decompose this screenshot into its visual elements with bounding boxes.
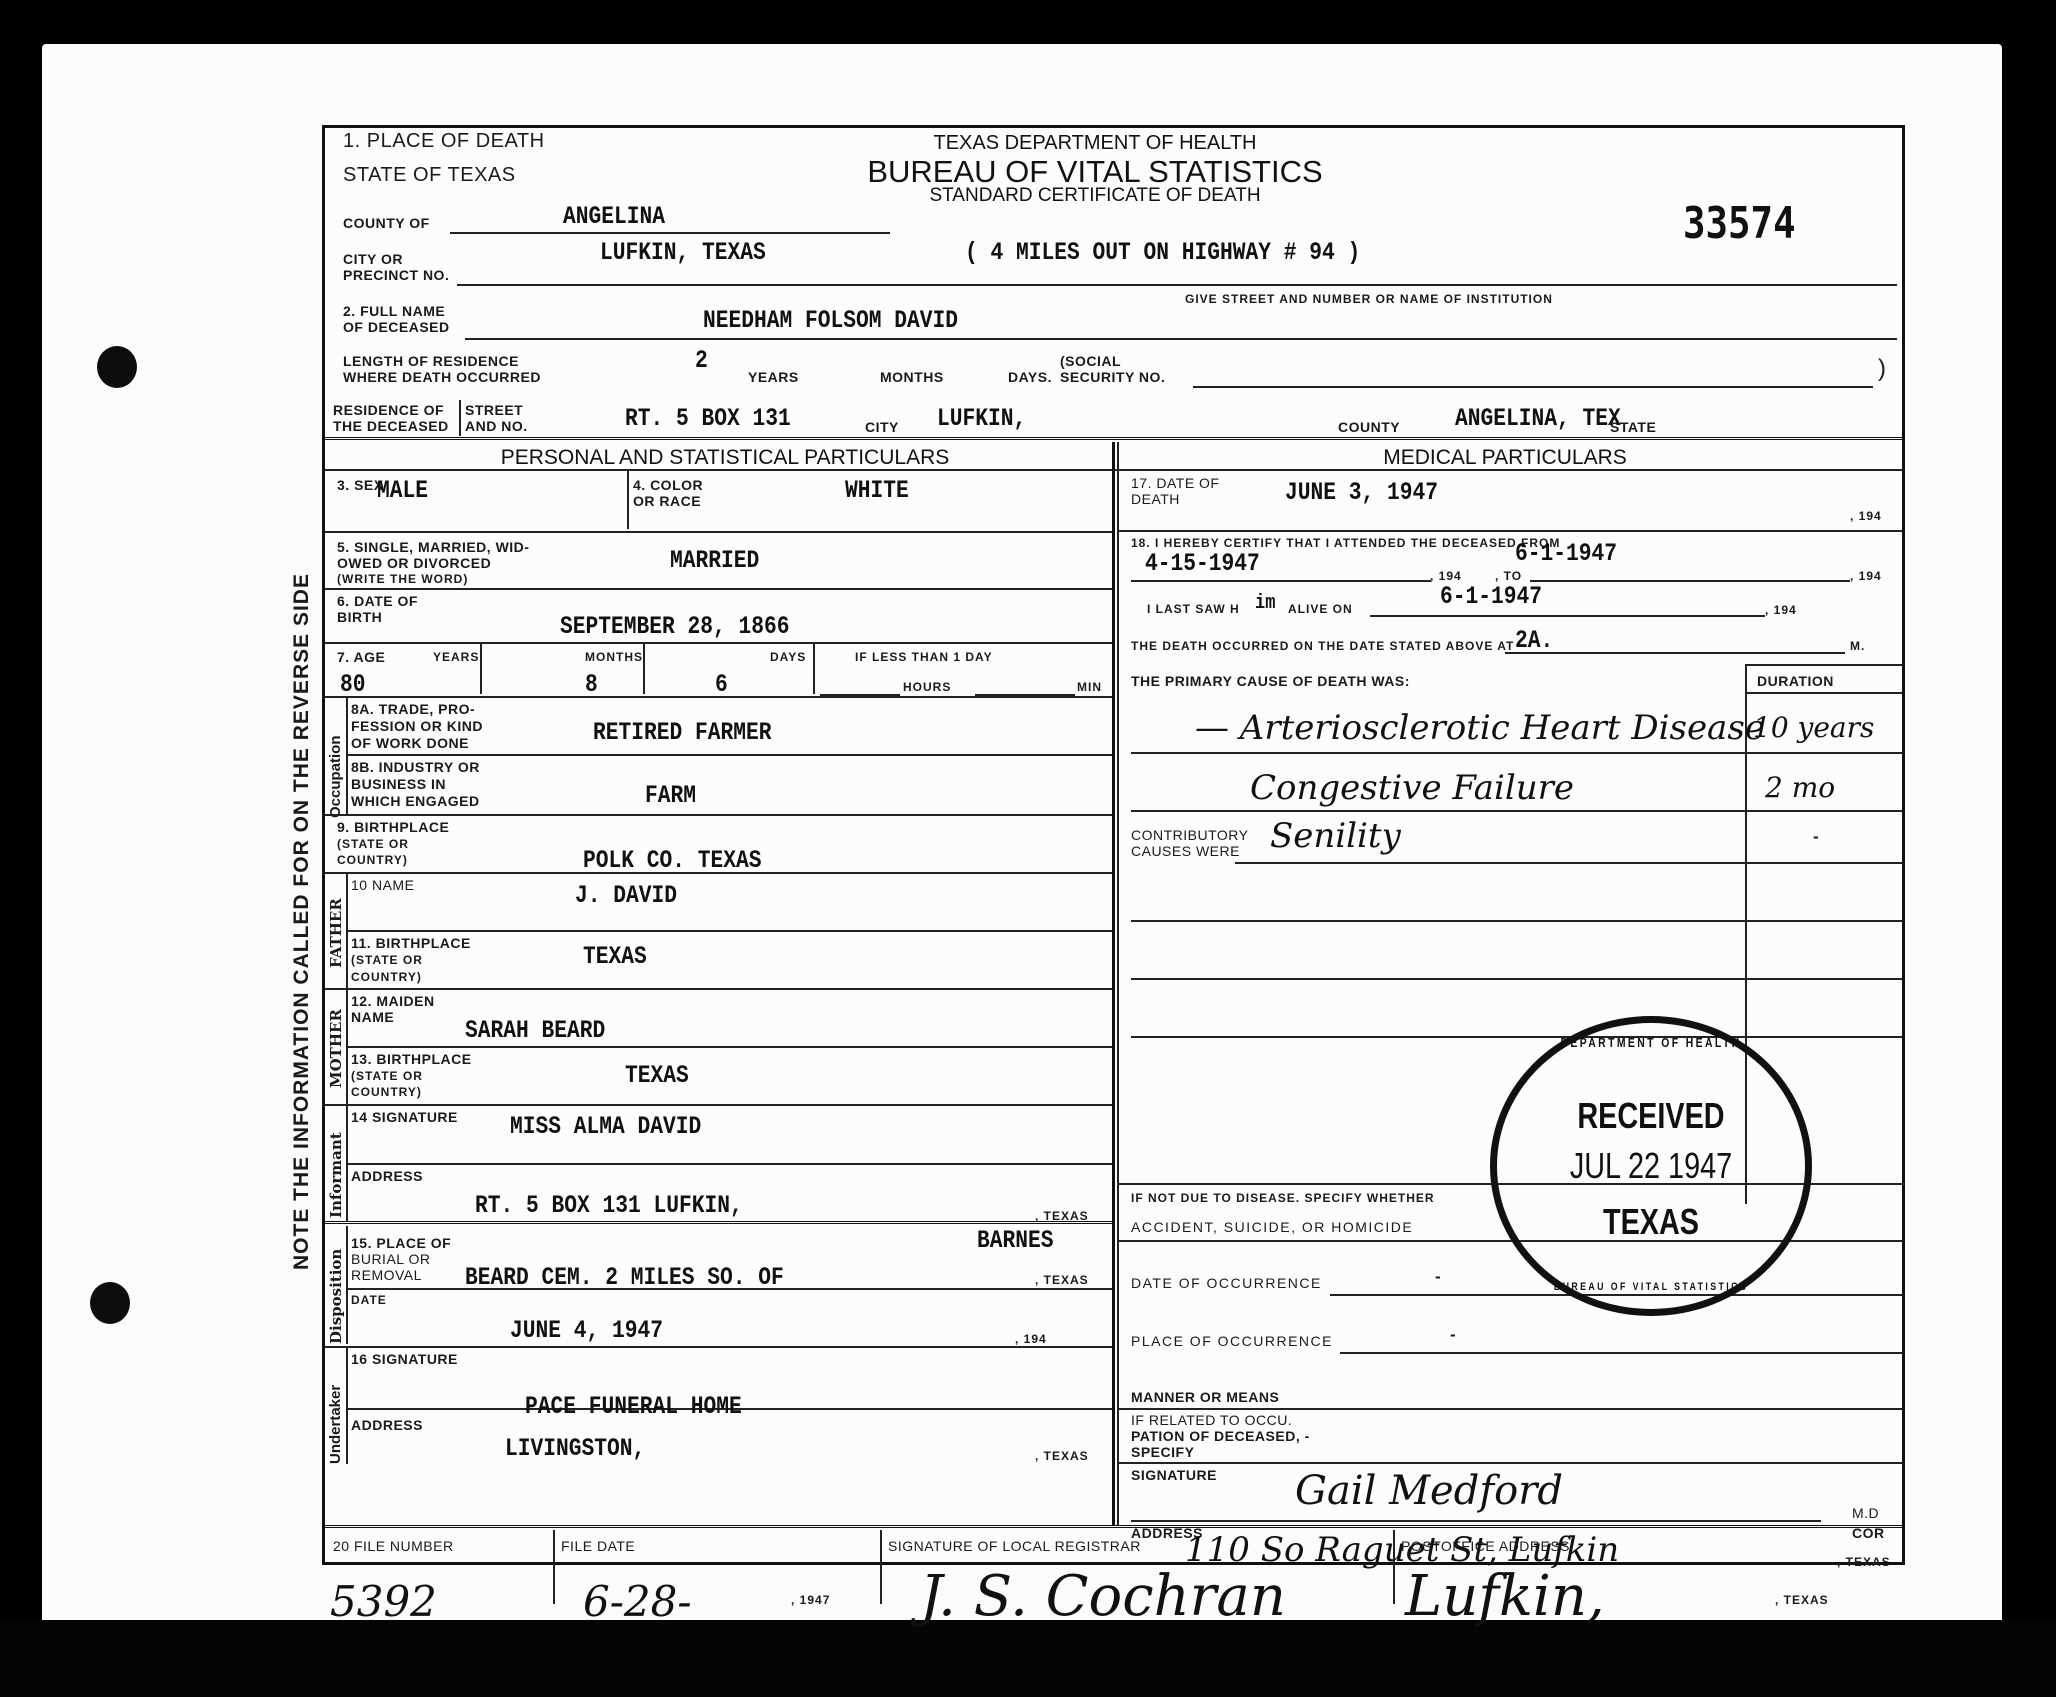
row-line — [346, 1288, 1112, 1290]
contributory-label-1: CONTRIBUTORY — [1131, 828, 1249, 843]
dod-suffix: , 194 — [1850, 510, 1882, 523]
sex-value: MALE — [377, 478, 428, 504]
marital-label-1: 5. SINGLE, MARRIED, WID- — [337, 540, 529, 555]
mother-bp-label-1: 13. BIRTHPLACE — [351, 1052, 472, 1067]
undertaker-addr-value: LIVINGSTON, — [505, 1436, 645, 1462]
file-date-value: 6-28- — [583, 1584, 692, 1620]
row-line — [325, 696, 1112, 698]
cause-line — [1131, 1036, 1902, 1038]
deceased-name: NEEDHAM FOLSOM DAVID — [703, 308, 958, 334]
residence-divider — [459, 400, 461, 436]
primary-cause-1: — Arteriosclerotic Heart Disease — [1195, 710, 1765, 746]
punch-hole-top — [97, 346, 137, 388]
primary-cause-2-duration: 2 mo — [1765, 770, 1835, 806]
dob-label-2: BIRTH — [337, 610, 382, 625]
attended-to: 6-1-1947 — [1515, 541, 1617, 567]
residence-street: RT. 5 BOX 131 — [625, 406, 791, 432]
race-value: WHITE — [845, 478, 909, 504]
city-line — [457, 284, 1897, 286]
row-line — [346, 1163, 1112, 1165]
age-label: 7. AGE — [337, 650, 385, 665]
personal-section-title: PERSONAL AND STATISTICAL PARTICULARS — [345, 446, 1105, 470]
city-label-1: CITY OR — [343, 252, 403, 267]
residence-county-label: COUNTY — [1338, 420, 1400, 435]
ssn-label-2: SECURITY NO. — [1060, 370, 1165, 385]
last-saw-label-2: ALIVE ON — [1288, 603, 1353, 616]
industry-label-2: BUSINESS IN — [351, 777, 446, 792]
disposition-side-divider — [346, 1226, 348, 1344]
place-of-death-label: 1. PLACE OF DEATH — [343, 132, 545, 150]
father-name-value: J. DAVID — [575, 883, 677, 909]
father-name-label: 10 NAME — [351, 878, 414, 893]
time-label: THE DEATH OCCURRED ON THE DATE STATED AB… — [1131, 640, 1514, 653]
undertaker-sig-label: 16 SIGNATURE — [351, 1352, 458, 1367]
cause-line — [1235, 862, 1902, 864]
mother-name-value: SARAH BEARD — [465, 1018, 605, 1044]
burial-label-2: BURIAL OR — [351, 1252, 430, 1267]
father-side-label: FATHER — [327, 898, 345, 968]
city-label-2: PRECINCT NO. — [343, 268, 449, 283]
registrar-label: SIGNATURE OF LOCAL REGISTRAR — [888, 1539, 1141, 1554]
to-year-suffix: , 194 — [1850, 570, 1882, 583]
center-divider — [1112, 442, 1115, 1525]
age-less-label: IF LESS THAN 1 DAY — [855, 651, 993, 664]
row-line — [325, 531, 1112, 533]
name-line — [465, 338, 1897, 340]
row-line — [346, 1046, 1112, 1048]
mother-name-label-1: 12. MAIDEN — [351, 994, 435, 1009]
age-years: 80 — [340, 672, 366, 698]
age-months-label: MONTHS — [585, 651, 643, 664]
race-label-2: OR RACE — [633, 494, 701, 509]
not-disease-label: IF NOT DUE TO DISEASE. SPECIFY WHETHER — [1131, 1192, 1435, 1205]
postoffice-state: , TEXAS — [1775, 1594, 1829, 1607]
duration-top-line — [1745, 664, 1902, 666]
undertaker-side-divider — [346, 1346, 348, 1464]
occurrence-place-line — [1340, 1352, 1902, 1354]
to-line — [1530, 580, 1850, 582]
race-label-1: 4. COLOR — [633, 478, 703, 493]
file-number-value: 5392 — [330, 1584, 437, 1620]
cause-line — [1131, 978, 1902, 980]
place-street-value: ( 4 MILES OUT ON HIGHWAY # 94 ) — [965, 240, 1360, 266]
physician-signature: Gail Medford — [1295, 1473, 1563, 1509]
burial-town: BARNES — [977, 1228, 1054, 1254]
burial-label-1: 15. PLACE OF — [351, 1236, 451, 1251]
mother-bp-label-3: COUNTRY) — [351, 1086, 422, 1099]
stamp-line1: RECEIVED — [1528, 1095, 1774, 1137]
contributory-value: Senility — [1270, 818, 1401, 854]
occurrence-date-value: - — [1435, 1268, 1441, 1286]
burial-date-value: JUNE 4, 1947 — [510, 1318, 663, 1344]
birthplace-value: POLK CO. TEXAS — [583, 848, 762, 874]
father-bp-value: TEXAS — [583, 944, 647, 970]
stamp-ring-top: DEPARTMENT OF HEALTH — [1528, 1035, 1774, 1050]
postoffice-value: Lufkin, — [1405, 1568, 1605, 1626]
marital-label-3: (WRITE THE WORD) — [337, 573, 468, 586]
father-bp-label-1: 11. BIRTHPLACE — [351, 936, 471, 951]
from-line — [1131, 580, 1431, 582]
row-line — [1117, 530, 1902, 532]
contributory-duration: - — [1813, 828, 1819, 846]
state-label: STATE OF TEXAS — [343, 166, 516, 184]
informant-addr-label: ADDRESS — [351, 1169, 423, 1184]
row-line — [325, 872, 1112, 874]
informant-sig-label: 14 SIGNATURE — [351, 1110, 458, 1125]
undertaker-side-label: Undertaker — [327, 1385, 344, 1464]
last-saw-him: im — [1255, 591, 1275, 617]
ssn-close: ) — [1878, 360, 1887, 378]
mother-bp-value: TEXAS — [625, 1063, 689, 1089]
trade-value: RETIRED FARMER — [593, 720, 772, 746]
undertaker-state: , TEXAS — [1035, 1450, 1089, 1463]
trade-label-2: FESSION OR KIND — [351, 719, 483, 734]
certificate-subtitle: STANDARD CERTIFICATE OF DEATH — [795, 185, 1395, 207]
trade-label-1: 8A. TRADE, PRO- — [351, 702, 475, 717]
occurrence-date-label: DATE OF OCCURRENCE — [1131, 1276, 1322, 1291]
signature-line — [1131, 1520, 1821, 1522]
last-saw-label-1: I LAST SAW H — [1147, 603, 1240, 616]
scan-edge — [0, 1620, 2056, 1697]
last-saw-suffix: , 194 — [1765, 604, 1797, 617]
row-line — [325, 1346, 1112, 1348]
time-line — [1505, 652, 1845, 654]
occupation-related-3: SPECIFY — [1131, 1445, 1194, 1460]
row-line — [325, 1104, 1112, 1106]
residence-county: ANGELINA, TEX — [1455, 406, 1621, 432]
file-number-label: 20 FILE NUMBER — [333, 1539, 454, 1554]
row-line — [346, 930, 1112, 932]
residence-state-label: STATE — [1610, 420, 1656, 435]
primary-cause-2: Congestive Failure — [1250, 770, 1574, 806]
burial-state: , TEXAS — [1035, 1274, 1089, 1287]
age-years-label: YEARS — [433, 651, 479, 664]
physician-signature-label: SIGNATURE — [1131, 1468, 1217, 1483]
footer-divider — [1393, 1530, 1395, 1604]
cause-line — [1131, 920, 1902, 922]
disposition-side-label: Disposition — [327, 1249, 345, 1344]
stamp-ring-bottom: BUREAU OF VITAL STATISTICS — [1528, 1281, 1774, 1293]
marital-value: MARRIED — [670, 548, 759, 574]
dob-label-1: 6. DATE OF — [337, 594, 418, 609]
received-stamp: DEPARTMENT OF HEALTH RECEIVED JUL 22 194… — [1490, 1016, 1812, 1316]
center-divider-2 — [1117, 442, 1119, 1525]
row-line — [325, 588, 1112, 590]
accident-label: ACCIDENT, SUICIDE, OR HOMICIDE — [1131, 1220, 1413, 1235]
time-value: 2A. — [1515, 628, 1553, 654]
years-label: YEARS — [748, 370, 799, 385]
postoffice-label: POSTOFFICE ADDRESS — [1401, 1539, 1570, 1554]
file-date-label: FILE DATE — [561, 1539, 635, 1554]
mother-name-label-2: NAME — [351, 1010, 394, 1025]
burial-date-suffix: , 194 — [1015, 1333, 1047, 1346]
medical-section-title: MEDICAL PARTICULARS — [1115, 446, 1895, 470]
birthplace-label-2: (STATE OR — [337, 838, 409, 851]
footer-divider — [880, 1530, 882, 1604]
dod-value: JUNE 3, 1947 — [1285, 480, 1438, 506]
attended-from: 4-15-1947 — [1145, 551, 1260, 577]
street-label-1: STREET — [465, 403, 523, 418]
punch-hole-bottom — [90, 1282, 130, 1324]
age-divider — [643, 644, 645, 694]
footer-divider — [553, 1530, 555, 1604]
months-label: MONTHS — [880, 370, 944, 385]
informant-addr-value: RT. 5 BOX 131 LUFKIN, — [475, 1193, 743, 1219]
cause-line — [1131, 810, 1902, 812]
footer-divider — [325, 1525, 1902, 1530]
full-name-label-1: 2. FULL NAME — [343, 304, 445, 319]
county-label: COUNTY OF — [343, 216, 430, 231]
reverse-side-note: NOTE THE INFORMATION CALLED FOR ON THE R… — [290, 573, 314, 1270]
city-value: LUFKIN, TEXAS — [600, 240, 766, 266]
father-bp-label-2: (STATE OR — [351, 954, 423, 967]
dod-label-1: 17. DATE OF — [1131, 476, 1219, 491]
residence-city: LUFKIN, — [937, 406, 1026, 432]
undertaker-addr-label: ADDRESS — [351, 1418, 423, 1433]
death-certificate: 1. PLACE OF DEATH STATE OF TEXAS TEXAS D… — [322, 125, 1905, 1565]
cause-line — [1131, 752, 1902, 754]
time-suffix: M. — [1850, 640, 1865, 653]
dob-value: SEPTEMBER 28, 1866 — [560, 614, 790, 640]
ssn-label-1: (SOCIAL — [1060, 354, 1121, 369]
age-days-label: DAYS — [770, 651, 806, 664]
informant-side-label: Informant — [327, 1132, 345, 1218]
stamp-line2: JUL 22 1947 — [1528, 1145, 1774, 1187]
last-saw-line — [1370, 615, 1765, 617]
registrar-signature: J. S. Cochran — [920, 1568, 1286, 1626]
birthplace-label-3: COUNTRY) — [337, 854, 408, 867]
duration-header-line — [1745, 692, 1902, 694]
age-divider — [813, 644, 815, 694]
residence-label-2: THE DECEASED — [333, 419, 449, 434]
marital-label-2: OWED OR DIVORCED — [337, 556, 491, 571]
full-name-label-2: OF DECEASED — [343, 320, 450, 335]
age-months: 8 — [585, 672, 598, 698]
industry-label-3: WHICH ENGAGED — [351, 794, 480, 809]
occupation-side-divider — [346, 696, 348, 816]
primary-cause-label: THE PRIMARY CAUSE OF DEATH WAS: — [1131, 674, 1410, 689]
hours-label: HOURS — [903, 681, 951, 694]
occupation-related-1: IF RELATED TO OCCU. — [1131, 1413, 1292, 1428]
industry-value: FARM — [645, 783, 696, 809]
county-value: ANGELINA — [563, 204, 665, 230]
row-line — [1117, 1462, 1902, 1464]
min-label: MIN — [1077, 681, 1102, 694]
county-line — [450, 232, 890, 234]
occurrence-place-value: - — [1450, 1326, 1456, 1344]
row-line — [325, 988, 1112, 990]
days-label: DAYS. — [1008, 370, 1052, 385]
burial-label-3: REMOVAL — [351, 1268, 422, 1283]
row-line — [346, 754, 1112, 756]
stamp-line3: TEXAS — [1528, 1201, 1774, 1243]
father-bp-label-3: COUNTRY) — [351, 971, 422, 984]
department-title: TEXAS DEPARTMENT OF HEALTH — [795, 132, 1395, 155]
ssn-line — [1193, 386, 1873, 388]
informant-sig-value: MISS ALMA DAVID — [510, 1114, 701, 1140]
birthplace-label-1: 9. BIRTHPLACE — [337, 820, 449, 835]
age-divider — [480, 644, 482, 694]
primary-cause-1-duration: 10 years — [1753, 710, 1874, 746]
burial-date-label: DATE — [351, 1294, 387, 1307]
mother-side-label: MOTHER — [327, 1009, 345, 1088]
certificate-number: 33574 — [1683, 202, 1796, 246]
industry-label-1: 8B. INDUSTRY OR — [351, 760, 480, 775]
physician-address-state: , TEXAS — [1837, 1556, 1891, 1569]
md-label: M.D — [1852, 1506, 1879, 1521]
last-saw-value: 6-1-1947 — [1440, 584, 1542, 610]
file-date-year: , 1947 — [791, 1594, 830, 1607]
residence-length-label-1: LENGTH OF RESIDENCE — [343, 354, 519, 369]
contributory-label-2: CAUSES WERE — [1131, 844, 1240, 859]
row-line — [325, 814, 1112, 816]
dod-label-2: DEATH — [1131, 492, 1180, 507]
occupation-related-2: PATION OF DECEASED, - — [1131, 1429, 1310, 1444]
occupation-side-label: Occupation — [327, 735, 344, 818]
street-hint: GIVE STREET AND NUMBER OR NAME OF INSTIT… — [1185, 293, 1553, 306]
manner-label: MANNER OR MEANS — [1131, 1390, 1279, 1405]
residence-label-1: RESIDENCE OF — [333, 403, 444, 418]
sex-race-divider — [627, 471, 629, 529]
duration-label: DURATION — [1757, 674, 1834, 689]
residence-years: 2 — [695, 348, 708, 374]
trade-label-3: OF WORK DONE — [351, 736, 469, 751]
residence-length-label-2: WHERE DEATH OCCURRED — [343, 370, 541, 385]
undertaker-name: PACE FUNERAL HOME — [525, 1394, 742, 1420]
mother-bp-label-2: (STATE OR — [351, 1070, 423, 1083]
age-days: 6 — [715, 672, 728, 698]
residence-city-label: CITY — [865, 420, 899, 435]
row-line — [1117, 1408, 1902, 1410]
occurrence-place-label: PLACE OF OCCURRENCE — [1131, 1334, 1333, 1349]
street-label-2: AND NO. — [465, 419, 528, 434]
row-line — [325, 642, 1112, 644]
